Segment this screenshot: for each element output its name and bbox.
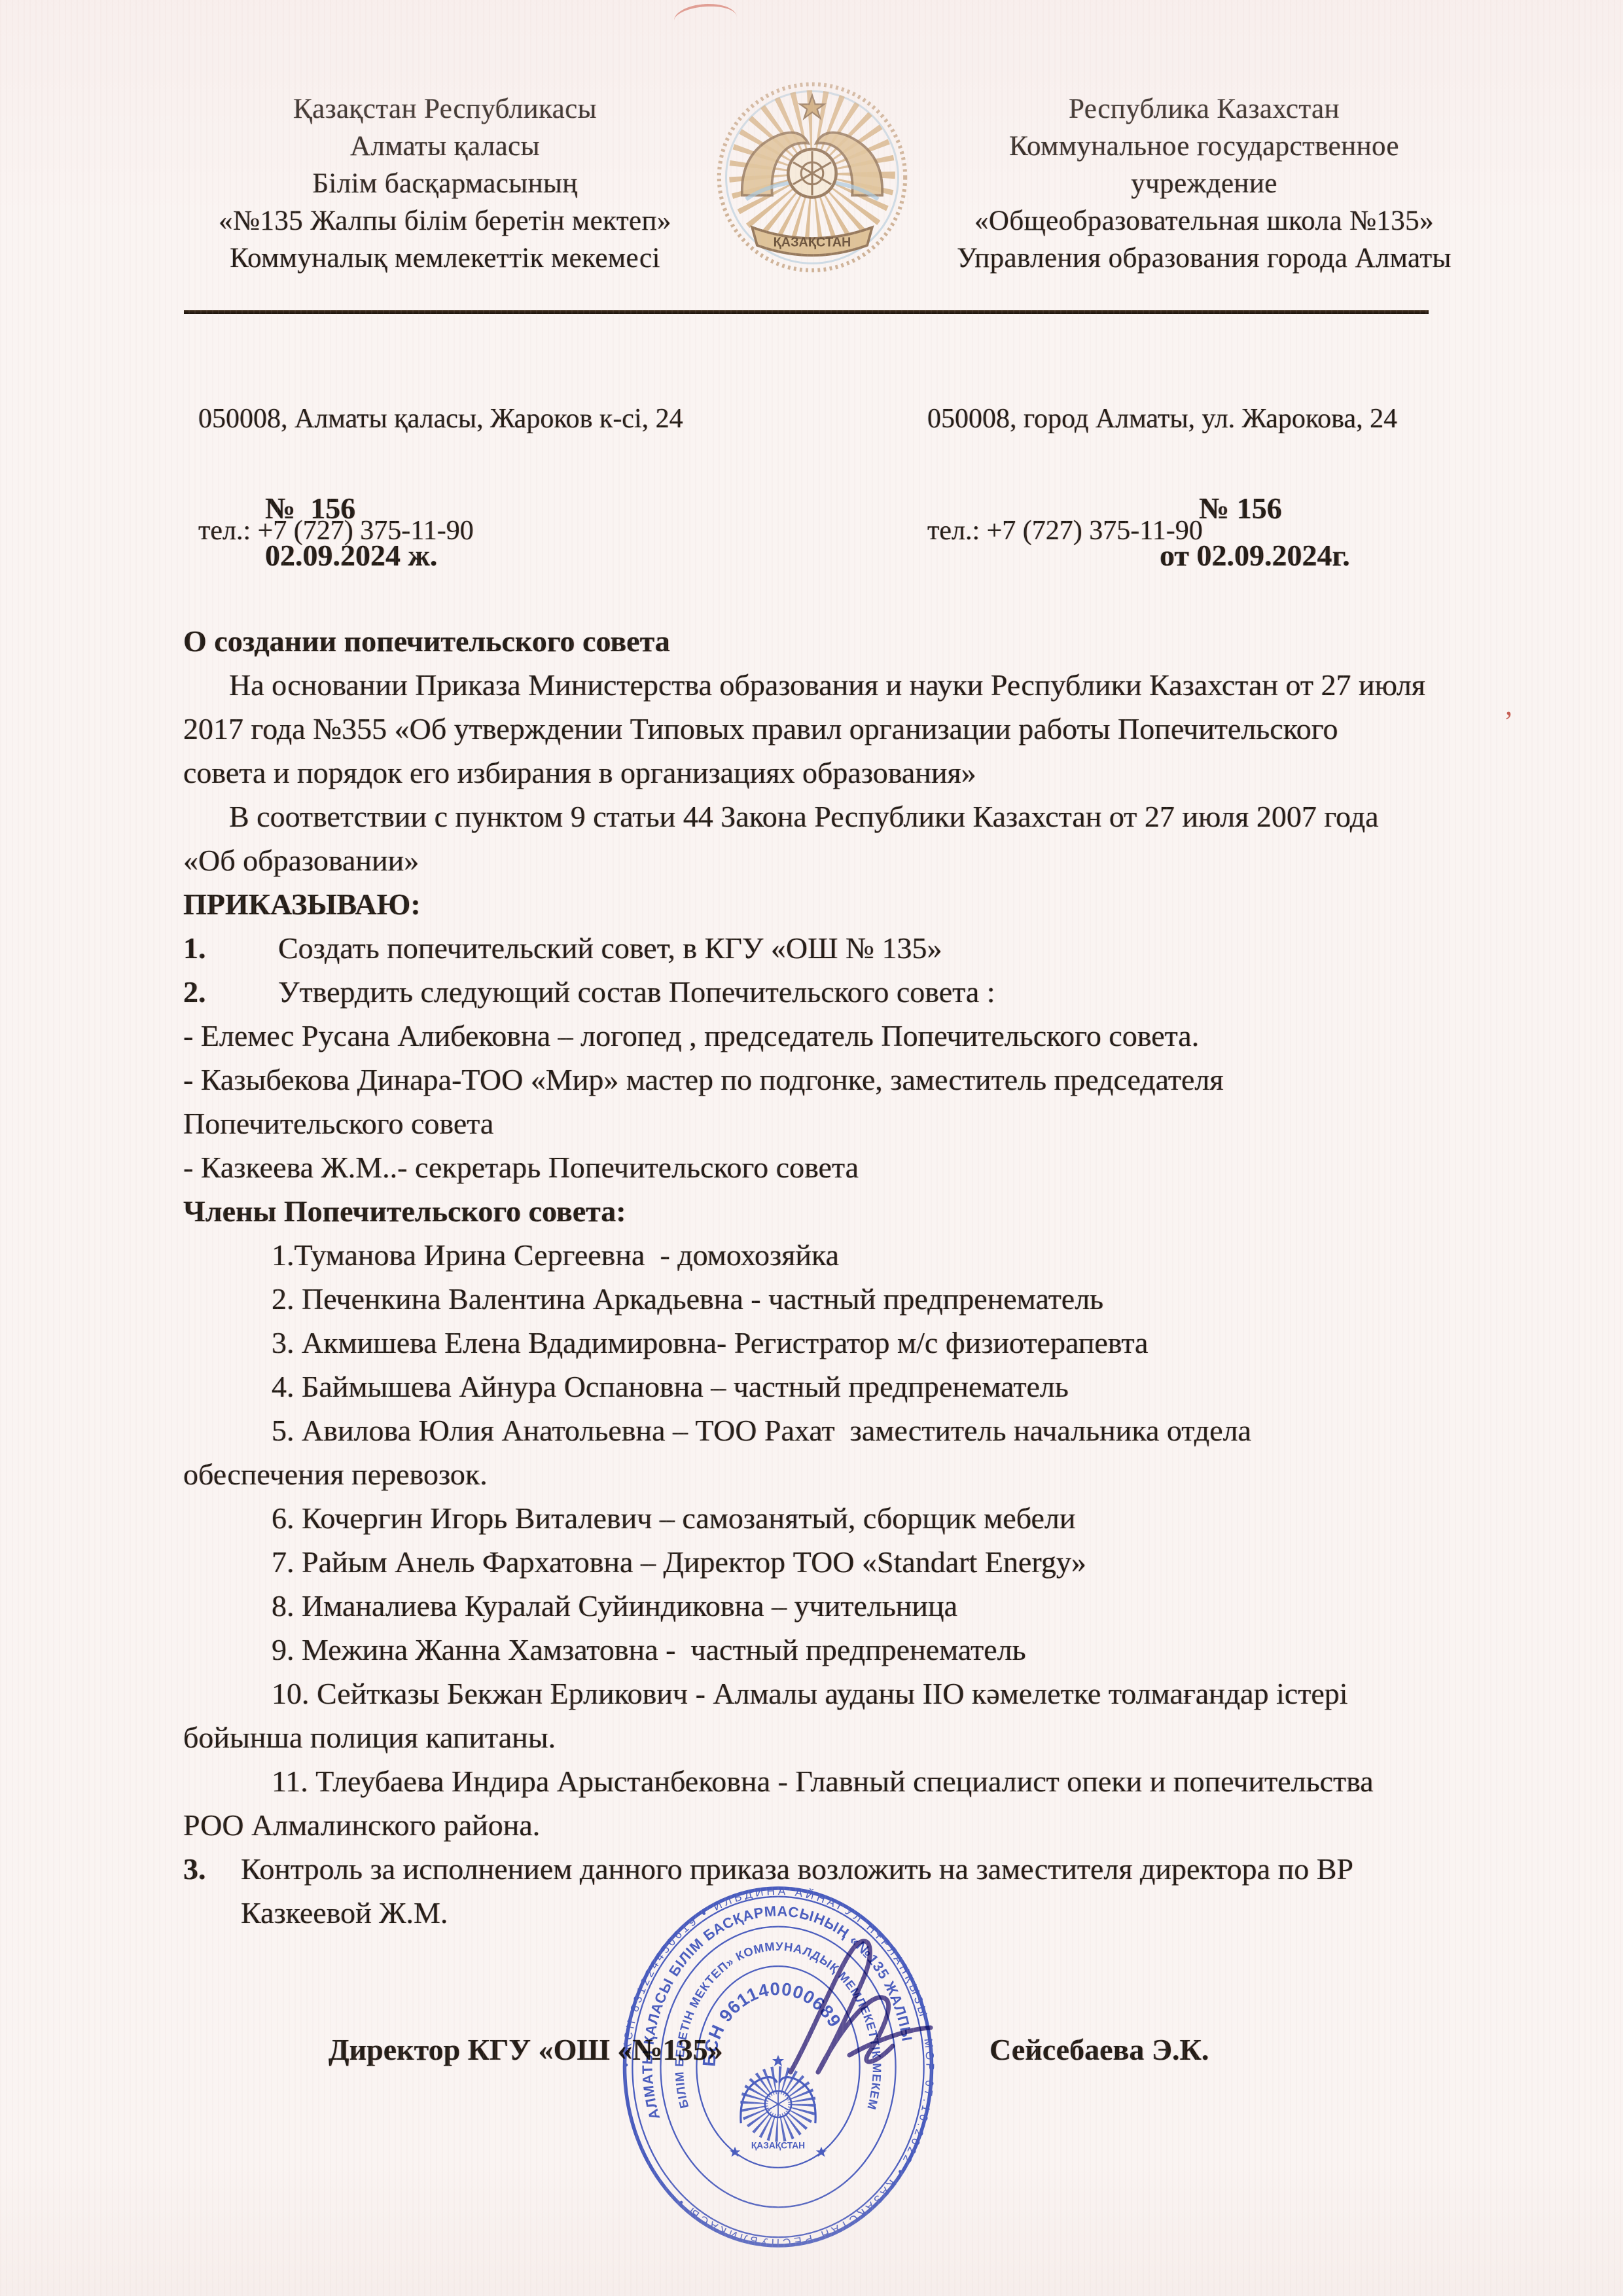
body-line-text: 9. Межина Жанна Хамзатовна - частный пре… — [272, 1633, 1026, 1666]
body-line-text: Попечительского совета — [183, 1107, 493, 1140]
body-line: совета и порядок его избирания в организ… — [183, 751, 1571, 795]
body-line: 3.Контроль за исполнением данного приказ… — [183, 1847, 1571, 1891]
body-line-text: 1.Туманова Ирина Сергеевна - домохозяйка — [272, 1238, 839, 1272]
header-russian-column: Республика Казахстан Коммунальное госуда… — [903, 90, 1505, 277]
body-line-text: Создать попечительский совет, в КГУ «ОШ … — [278, 931, 942, 965]
body-line: 5. Авилова Юлия Анатольевна – ТОО Рахат … — [183, 1408, 1571, 1452]
body-line-number: 2. — [183, 970, 278, 1014]
order-number-right: № 156 — [1199, 491, 1282, 526]
address-line: 050008, город Алматы, ул. Жарокова, 24 — [927, 401, 1397, 438]
body-line-number: 1. — [183, 926, 278, 970]
header-kazakh-column: Қазақстан Республикасы Алматы қаласы Біл… — [157, 90, 733, 277]
body-line: 2017 года №355 «Об утверждении Типовых п… — [183, 707, 1571, 751]
order-date-left: 02.09.2024 ж. — [265, 538, 437, 573]
body-line-text: 7. Райым Анель Фархатовна – Директор ТОО… — [272, 1545, 1086, 1579]
scanned-order-document: { "page": { "background": "#faf4f2", "in… — [0, 0, 1623, 2296]
stamp-main-ring-text: АЛМАТЫ ҚАЛАСЫ БІЛІМ БАСҚАРМАСЫНЫҢ «№135 … — [639, 1903, 915, 2121]
body-line: «Об образовании» — [183, 838, 1571, 882]
body-line-text: 6. Кочергин Игорь Виталевич – самозаняты… — [272, 1501, 1075, 1535]
body-line-text: обеспечения перевозок. — [183, 1458, 488, 1491]
kazakhstan-coat-of-arms-icon: ҚАЗАҚСТАН — [712, 77, 912, 285]
body-line: 9. Межина Жанна Хамзатовна - частный пре… — [183, 1628, 1571, 1672]
body-line: 2. Печенкина Валентина Аркадьевна - част… — [183, 1277, 1571, 1321]
signature-role-label: Директор КГУ «ОШ «№135» — [329, 2032, 723, 2067]
body-line: 10. Сейтказы Бекжан Ерликович - Алмалы а… — [183, 1672, 1571, 1715]
body-line: РОО Алмалинского района. — [183, 1803, 1571, 1847]
document-body: О создании попечительского совета На осн… — [183, 619, 1571, 1935]
body-line-text: 10. Сейтказы Бекжан Ерликович - Алмалы а… — [272, 1677, 1348, 1710]
header-line: Коммунальное государственное — [903, 128, 1505, 165]
body-line-number: 3. — [183, 1847, 241, 1891]
body-line-text: бойынша полиция капитаны. — [183, 1721, 556, 1754]
body-line-text: Члены Попечительского совета: — [183, 1194, 626, 1228]
body-line: На основании Приказа Министерства образо… — [183, 663, 1571, 707]
body-line-text: ПРИКАЗЫВАЮ: — [183, 888, 421, 921]
body-line: 6. Кочергин Игорь Виталевич – самозаняты… — [183, 1496, 1571, 1540]
header-divider-line — [184, 310, 1429, 314]
body-line: 8. Иманалиева Куралай Суйиндиковна – учи… — [183, 1584, 1571, 1628]
body-line-text: 4. Баймышева Айнура Оспановна – частный … — [272, 1370, 1069, 1403]
body-line: 1.Создать попечительский совет, в КГУ «О… — [183, 926, 1571, 970]
body-line: 3. Акмишева Елена Вдадимировна- Регистра… — [183, 1321, 1571, 1365]
body-line: 2.Утвердить следующий состав Попечительс… — [183, 970, 1571, 1014]
body-line-text: Контроль за исполнением данного приказа … — [241, 1852, 1353, 1886]
body-line-text: «Об образовании» — [183, 844, 419, 877]
body-line: Члены Попечительского совета: — [183, 1189, 1571, 1233]
body-line-text: 3. Акмишева Елена Вдадимировна- Регистра… — [272, 1326, 1148, 1359]
scan-artifact-mark — [673, 0, 739, 37]
body-line-text: - Казкеева Ж.М..- секретарь Попечительск… — [183, 1151, 859, 1184]
header-line: Білім басқармасының — [157, 165, 733, 202]
header-line: «№135 Жалпы білім беретін мектеп» — [157, 202, 733, 240]
body-line-text: Казкеевой Ж.М. — [241, 1896, 448, 1929]
order-number-left: № 156 — [265, 491, 355, 526]
body-line-text: совета и порядок его избирания в организ… — [183, 756, 976, 789]
header-line: учреждение — [903, 165, 1505, 202]
header-line: Алматы қаласы — [157, 128, 733, 165]
body-line: ПРИКАЗЫВАЮ: — [183, 882, 1571, 926]
body-line: 1.Туманова Ирина Сергеевна - домохозяйка — [183, 1233, 1571, 1277]
body-line-text: Утвердить следующий состав Попечительско… — [278, 975, 995, 1009]
body-line: - Казыбекова Динара-ТОО «Мир» мастер по … — [183, 1058, 1571, 1102]
header-line: Қазақстан Республикасы — [157, 90, 733, 128]
emblem-banner-text: ҚАЗАҚСТАН — [774, 235, 851, 249]
body-line: В соответствии с пунктом 9 статьи 44 Зак… — [183, 795, 1571, 838]
body-line-text: - Казыбекова Динара-ТОО «Мир» мастер по … — [183, 1063, 1224, 1096]
header-line: Республика Казахстан — [903, 90, 1505, 128]
body-line: - Казкеева Ж.М..- секретарь Попечительск… — [183, 1145, 1571, 1189]
body-line-text: РОО Алмалинского района. — [183, 1808, 540, 1842]
body-line: бойынша полиция капитаны. — [183, 1715, 1571, 1759]
body-line: Казкеевой Ж.М. — [183, 1891, 1571, 1935]
body-line-text: 11. Тлеубаева Индира Арыстанбековна - Гл… — [272, 1765, 1374, 1798]
order-date-right: от 02.09.2024г. — [1160, 538, 1350, 573]
body-line-text: 2017 года №355 «Об утверждении Типовых п… — [183, 712, 1338, 745]
header-line: «Общеобразовательная школа №135» — [903, 202, 1505, 240]
handwritten-signature — [753, 1918, 969, 2114]
stamp-center-coat-of-arms: ҚАЗАҚСТАН — [730, 2055, 827, 2157]
body-line-text: - Елемес Русана Алибековна – логопед , п… — [183, 1019, 1199, 1052]
header-line: Управления образования города Алматы — [903, 240, 1505, 277]
stamp-center-banner-text: ҚАЗАҚСТАН — [751, 2141, 805, 2151]
body-line: Попечительского совета — [183, 1102, 1571, 1145]
address-line: 050008, Алматы қаласы, Жароков к-сі, 24 — [198, 401, 683, 438]
body-line-text: 2. Печенкина Валентина Аркадьевна - част… — [272, 1282, 1103, 1316]
header-line: Коммуналық мемлекеттік мекемесі — [157, 240, 733, 277]
body-line-text: В соответствии с пунктом 9 статьи 44 Зак… — [229, 800, 1379, 833]
body-line: 11. Тлеубаева Индира Арыстанбековна - Гл… — [183, 1759, 1571, 1803]
body-line: 4. Баймышева Айнура Оспановна – частный … — [183, 1365, 1571, 1408]
signature-name-label: Сейсебаева Э.К. — [990, 2032, 1209, 2067]
document-title: О создании попечительского совета — [183, 619, 1571, 663]
body-line: обеспечения перевозок. — [183, 1452, 1571, 1496]
body-line-text: 5. Авилова Юлия Анатольевна – ТОО Рахат … — [272, 1414, 1251, 1447]
body-line-text: На основании Приказа Министерства образо… — [229, 668, 1425, 702]
body-line: 7. Райым Анель Фархатовна – Директор ТОО… — [183, 1540, 1571, 1584]
body-line: - Елемес Русана Алибековна – логопед , п… — [183, 1014, 1571, 1058]
body-line-text: 8. Иманалиева Куралай Суйиндиковна – учи… — [272, 1589, 957, 1623]
scan-artifact-comma: , — [1505, 689, 1512, 722]
